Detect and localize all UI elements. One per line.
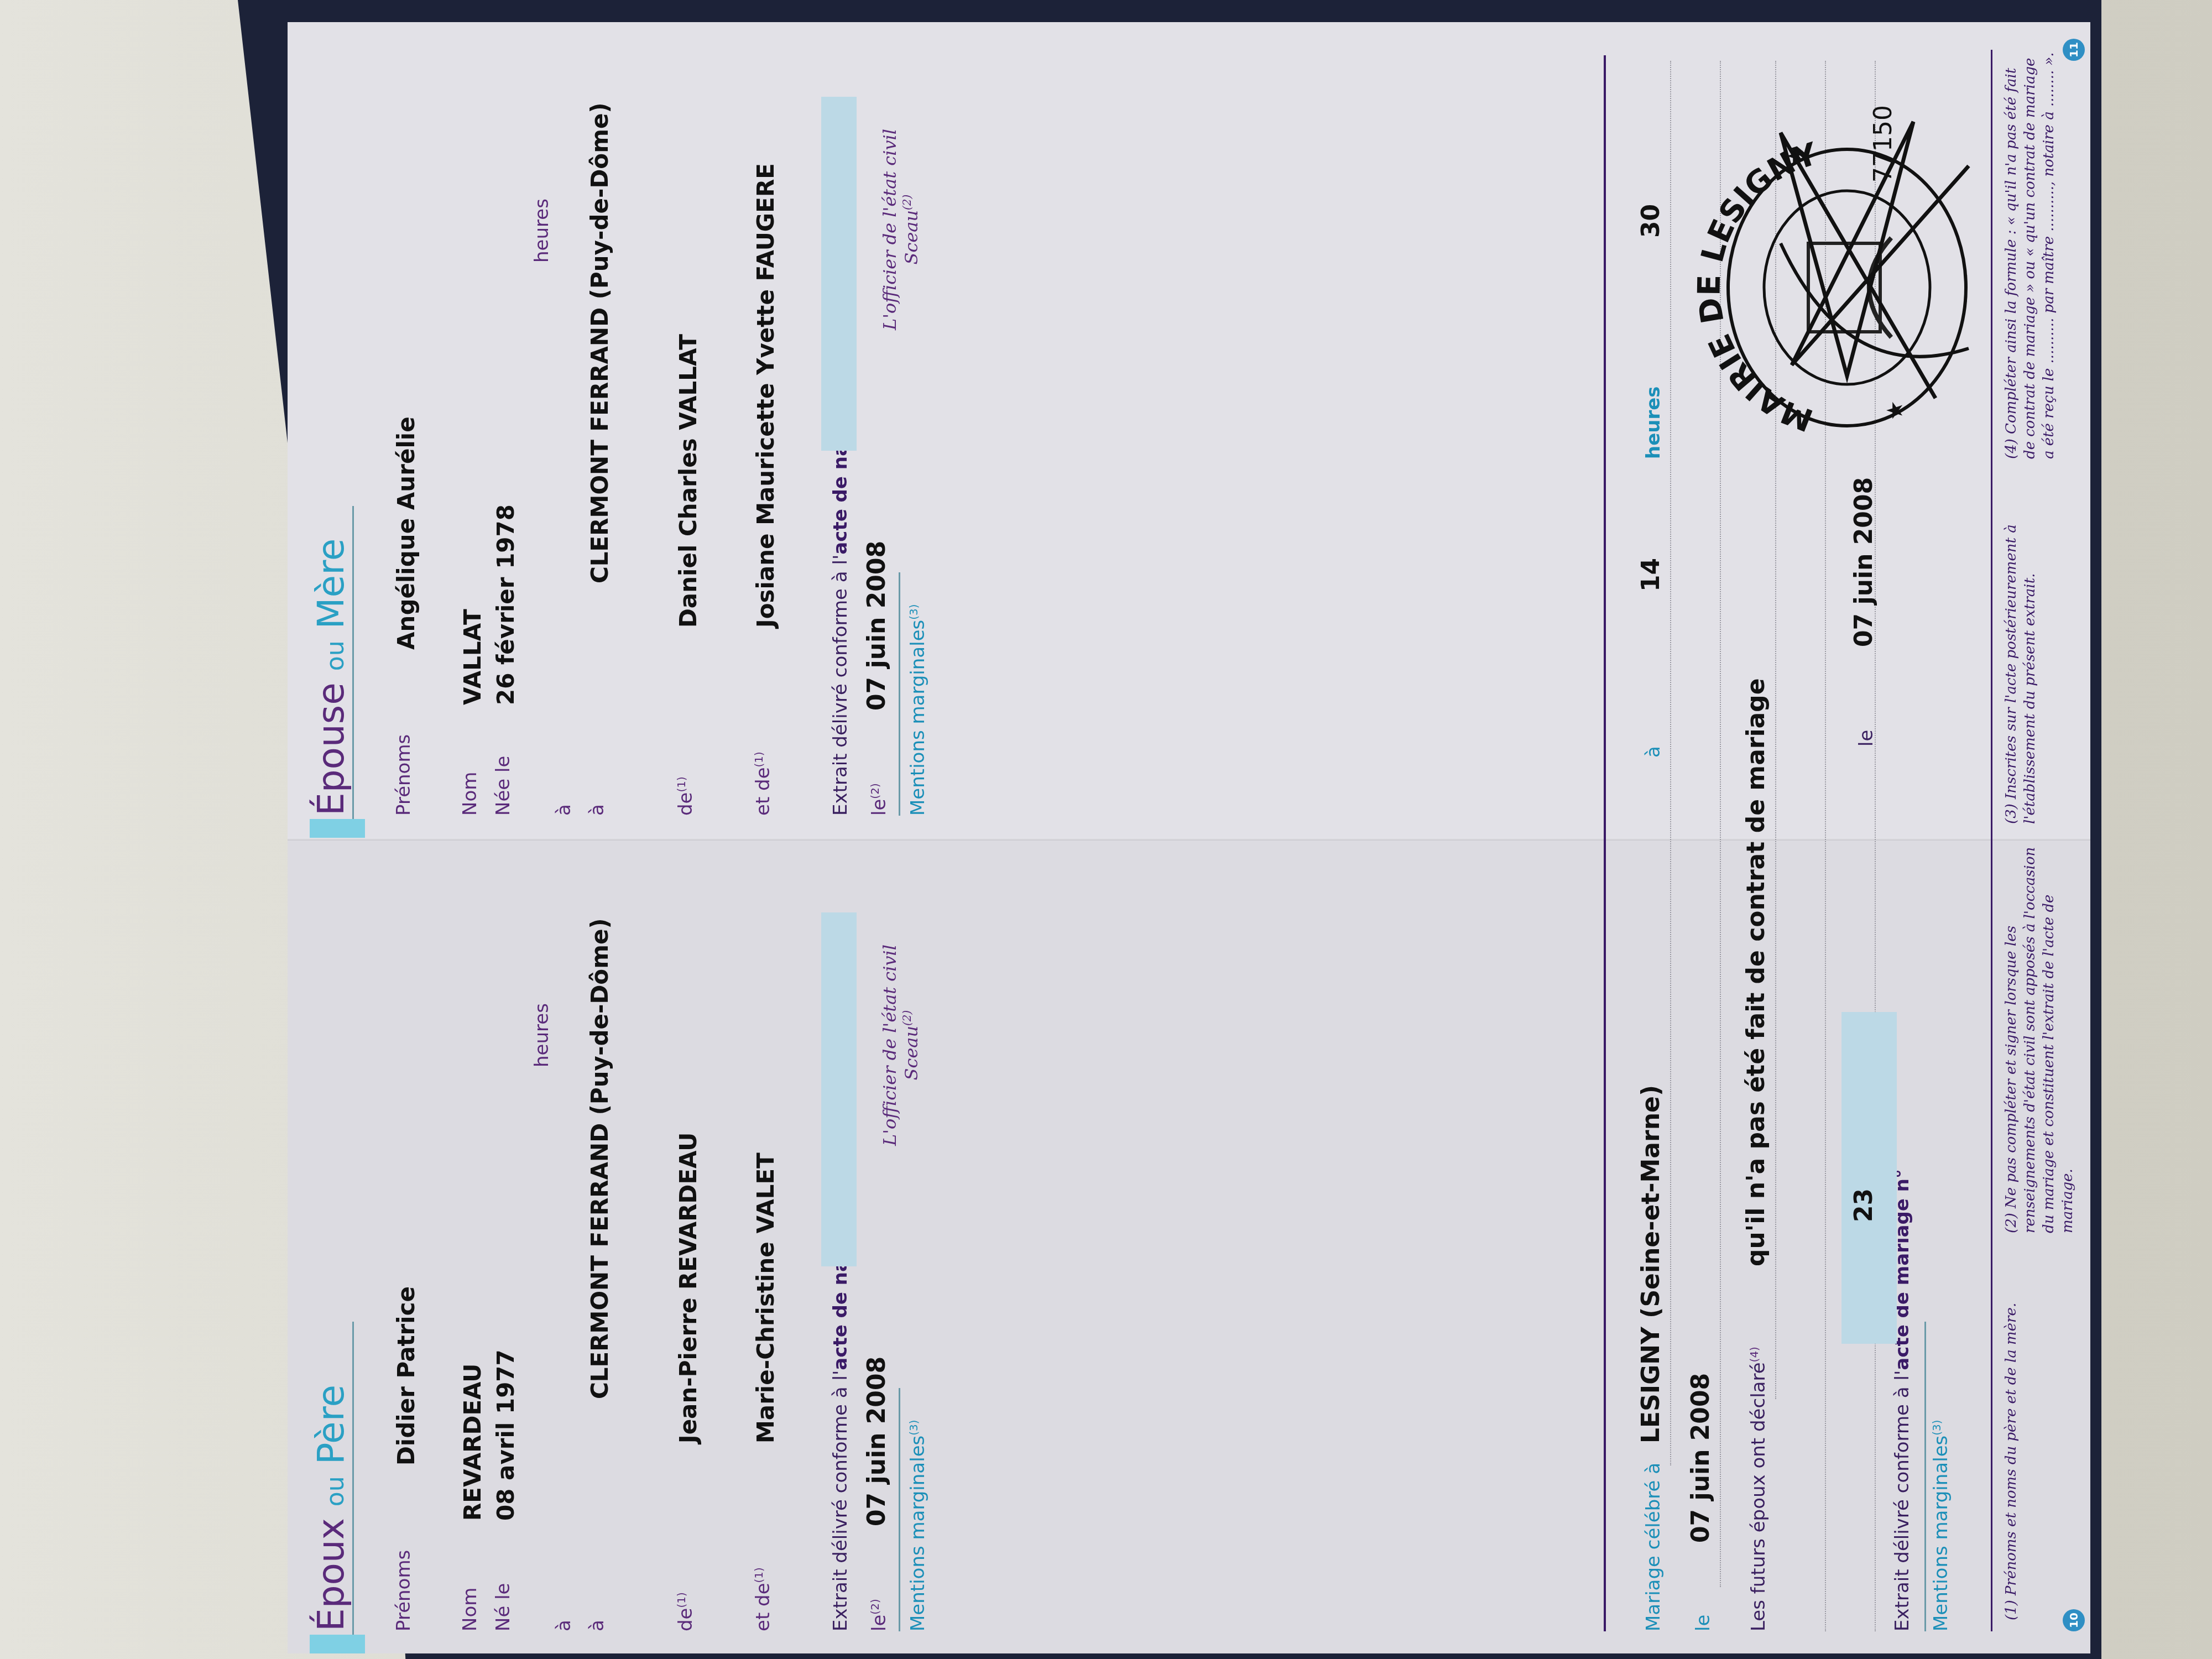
- epoux-nom: REVARDEAU: [459, 1364, 486, 1521]
- epouse-officier: L'officier de l'état civil Sceau(2): [879, 119, 922, 340]
- epouse-section-title: Épouse ou Mère: [310, 506, 354, 838]
- mariage-acte-numero: 23: [1850, 1188, 1878, 1222]
- epoux-extrait-date: 07 juin 2008: [863, 1357, 891, 1526]
- epouse-pere-row: de(1) Daniel Charles VALLAT: [675, 44, 713, 816]
- epoux-acte-number-field[interactable]: [821, 912, 857, 1266]
- title-tab-marker: [310, 819, 365, 838]
- epouse-mere-row: et de(1) Josiane Mauricette Yvette FAUGE…: [752, 44, 791, 816]
- mariage-section: Mariage célébré à LESIGNY (Seine-et-Marn…: [1604, 22, 2090, 1653]
- epouse-lieu: CLERMONT FERRAND (Puy-de-Dôme): [586, 102, 613, 583]
- epouse-extrait-date: 07 juin 2008: [863, 541, 891, 711]
- epoux-section-title: Époux ou Père: [310, 1322, 354, 1653]
- epouse-prenoms: Angélique Aurélie: [393, 416, 420, 650]
- epoux-mentions-marginales: Mentions marginales(3): [907, 1420, 929, 1631]
- svg-text:★: ★: [1882, 400, 1908, 420]
- epoux-mere: Marie-Christine VALET: [752, 1152, 779, 1443]
- mariage-declaration: qu'il n'a pas été fait de contrat de mar…: [1742, 678, 1770, 1266]
- title-tab-marker: [310, 1635, 365, 1653]
- mariage-lieu: LESIGNY (Seine-et-Marne): [1637, 1085, 1665, 1443]
- footnote-1: (1) Prénoms et noms du père et de la mèr…: [2002, 1244, 2021, 1620]
- epoux-naissance-row: Né le 08 avril 1977: [492, 860, 531, 1631]
- epouse-mentions-marginales: Mentions marginales(3): [907, 604, 929, 816]
- epouse-lieu-row: à CLERMONT FERRAND (Puy-de-Dôme): [586, 44, 625, 816]
- epouse-naissance-row: Née le 26 février 1978: [492, 44, 531, 816]
- epoux-lieu-row: à CLERMONT FERRAND (Puy-de-Dôme): [586, 860, 625, 1631]
- mairie-seal-stamp: MAIRIE DE LESIGNY 77150 ★ ★: [1681, 100, 1991, 476]
- footnote-4: (4) Compléter ainsi la formule : « qu'il…: [2002, 50, 2058, 459]
- mariage-heure: 14: [1637, 558, 1665, 592]
- livret-de-famille-spread: Époux ou Père Prénoms Didier Patrice Nom…: [288, 22, 2090, 1653]
- mariage-date: 07 juin 2008: [1687, 1373, 1715, 1543]
- epouse-acte-number-field[interactable]: [821, 97, 857, 451]
- epouse-prenoms-row: Prénoms Angélique Aurélie: [393, 44, 431, 816]
- epoux-pere: Jean-Pierre REVARDEAU: [675, 1133, 702, 1443]
- epouse-pere: Daniel Charles VALLAT: [675, 334, 702, 628]
- footnote-3: (3) Inscrites sur l'acte postérieurement…: [2002, 470, 2039, 824]
- epoux-prenoms: Didier Patrice: [393, 1286, 420, 1465]
- page-number-right: 11: [2063, 39, 2085, 61]
- epoux-ne-le: 08 avril 1977: [492, 1349, 519, 1521]
- svg-text:77150: 77150: [1869, 105, 1897, 182]
- mariage-extrait-date: 07 juin 2008: [1850, 477, 1878, 647]
- mariage-minutes: 30: [1637, 204, 1665, 238]
- mariage-mentions-marginales: Mentions marginales(3): [1930, 1420, 1952, 1631]
- epoux-mere-row: et de(1) Marie-Christine VALET: [752, 860, 791, 1631]
- footnote-2: (2) Ne pas compléter et signer lorsque l…: [2002, 846, 2077, 1233]
- epoux-officier: L'officier de l'état civil Sceau(2): [879, 935, 922, 1156]
- mariage-acte-number-field[interactable]: [1841, 1012, 1897, 1344]
- epoux-pere-row: de(1) Jean-Pierre REVARDEAU: [675, 860, 713, 1631]
- epouse-mere: Josiane Mauricette Yvette FAUGERE: [752, 163, 779, 628]
- epoux-prenoms-row: Prénoms Didier Patrice: [393, 860, 431, 1631]
- epouse-nom: VALLAT: [459, 609, 486, 705]
- epoux-lieu: CLERMONT FERRAND (Puy-de-Dôme): [586, 918, 613, 1399]
- epouse-nee-le: 26 février 1978: [492, 504, 519, 705]
- page-number-left: 10: [2063, 1609, 2085, 1631]
